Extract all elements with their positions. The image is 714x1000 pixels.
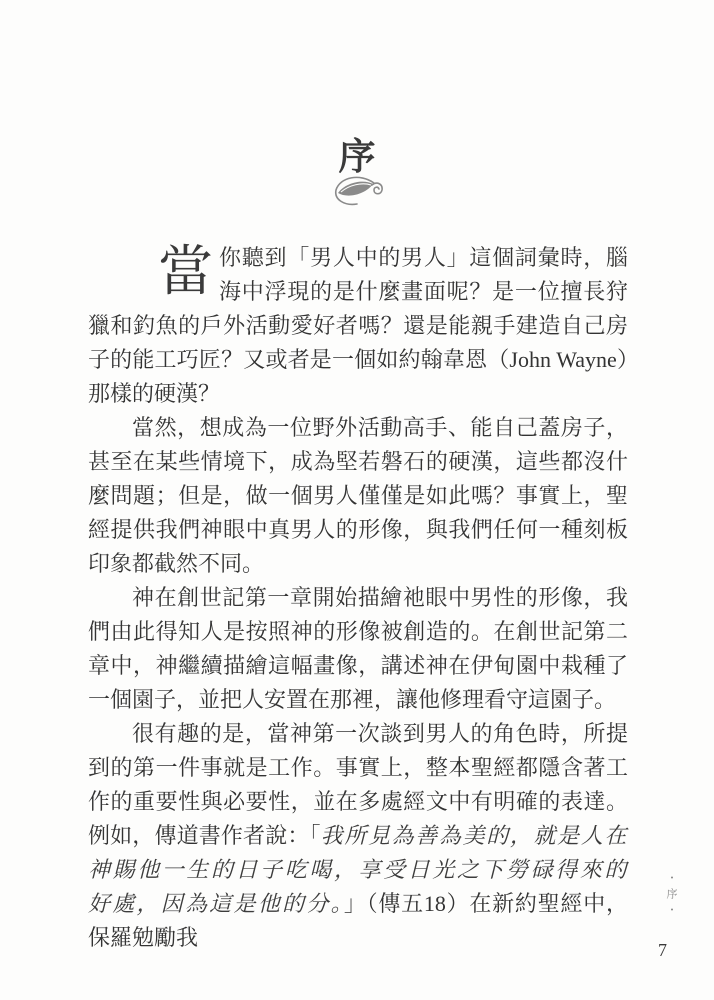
paragraph: 當然，想成為一位野外活動高手、能自己蓋房子，甚至在某些情境下，成為堅若磐石的硬漢… — [88, 411, 628, 581]
paragraph: 當你聽到「男人中的男人」這個詞彙時，腦海中浮現的是什麼畫面呢？是一位擅長狩獵和釣… — [88, 241, 628, 411]
paragraph: 神在創世記第一章開始描繪祂眼中男性的形像，我們由此得知人是按照神的形像被創造的。… — [88, 581, 628, 717]
drop-cap: 當 — [158, 243, 213, 305]
book-page: 序 當你聽到「男人中的男人」這個詞彙時，腦海中浮現的是什麼畫面呢？是一位擅長狩獵… — [0, 0, 714, 1000]
leaf-flourish-icon — [88, 174, 628, 213]
body-text-segment: 神在創世記第一章開始描繪祂眼中男性的形像，我們由此得知人是按照神的形像被創造的。… — [88, 585, 628, 712]
body-text: 當你聽到「男人中的男人」這個詞彙時，腦海中浮現的是什麼畫面呢？是一位擅長狩獵和釣… — [88, 241, 628, 955]
page-number: 7 — [658, 940, 667, 961]
section-side-label: ・序・ — [663, 872, 679, 920]
page-title: 序 — [88, 126, 628, 180]
paragraph: 很有趣的是，當神第一次談到男人的角色時，所提到的第一件事就是工作。事實上，整本聖… — [88, 717, 628, 955]
body-text-segment: 當然，想成為一位野外活動高手、能自己蓋房子，甚至在某些情境下，成為堅若磐石的硬漢… — [88, 415, 628, 576]
